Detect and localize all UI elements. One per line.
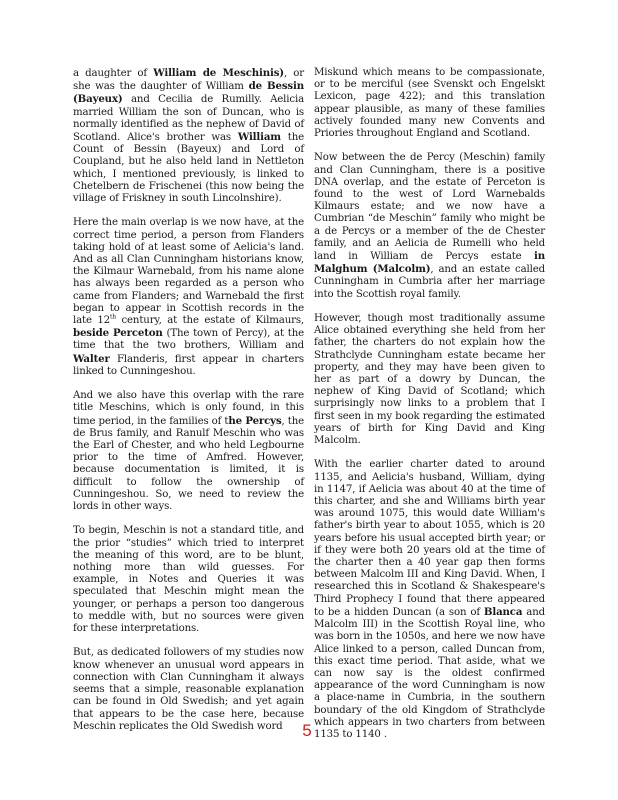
text-span: Here the main overlap is we now have, at… xyxy=(73,217,304,326)
text-span: Miskund which means to be compassionate,… xyxy=(314,67,545,139)
paragraph: To begin, Meschin is not a standard titl… xyxy=(73,525,304,635)
text-span: century, at the estate of Kilmaurs, xyxy=(116,315,304,326)
document-page: a daughter of William de Meschinis), or … xyxy=(0,0,618,800)
bold-text: he Percys xyxy=(228,415,281,427)
paragraph: a daughter of William de Meschinis), or … xyxy=(73,67,304,205)
paragraph: Miskund which means to be compassionate,… xyxy=(314,67,545,140)
paragraph: Here the main overlap is we now have, at… xyxy=(73,217,304,378)
paragraph: But, as dedicated followers of my studie… xyxy=(73,647,304,732)
right-column: Miskund which means to be compassionate,… xyxy=(314,67,545,753)
text-span: But, as dedicated followers of my studie… xyxy=(73,647,304,731)
paragraph: Now between the de Percy (Meschin) famil… xyxy=(314,152,545,300)
text-span: With the earlier charter dated to around… xyxy=(314,459,545,617)
bold-text: beside Perceton xyxy=(73,327,163,339)
paragraph: With the earlier charter dated to around… xyxy=(314,459,545,741)
paragraph: However, though most traditionally assum… xyxy=(314,313,545,447)
text-span: Now between the de Percy (Meschin) famil… xyxy=(314,152,545,262)
left-column: a daughter of William de Meschinis), or … xyxy=(73,67,304,745)
paragraph: And we also have this overlap with the r… xyxy=(73,390,304,513)
text-span: However, though most traditionally assum… xyxy=(314,313,545,446)
bold-text: Walter xyxy=(73,353,110,365)
text-span: a daughter of xyxy=(73,68,153,79)
text-span: To begin, Meschin is not a standard titl… xyxy=(73,525,304,634)
bold-text: William de Meschinis) xyxy=(153,67,284,79)
bold-text: Blanca xyxy=(484,606,522,618)
text-span: and Malcolm III) in the Scottish Royal l… xyxy=(314,607,545,740)
bold-text: William xyxy=(238,131,281,143)
page-number: 5 xyxy=(297,721,317,741)
text-span: , the de Brus family, and Ranulf Meschin… xyxy=(73,416,304,512)
